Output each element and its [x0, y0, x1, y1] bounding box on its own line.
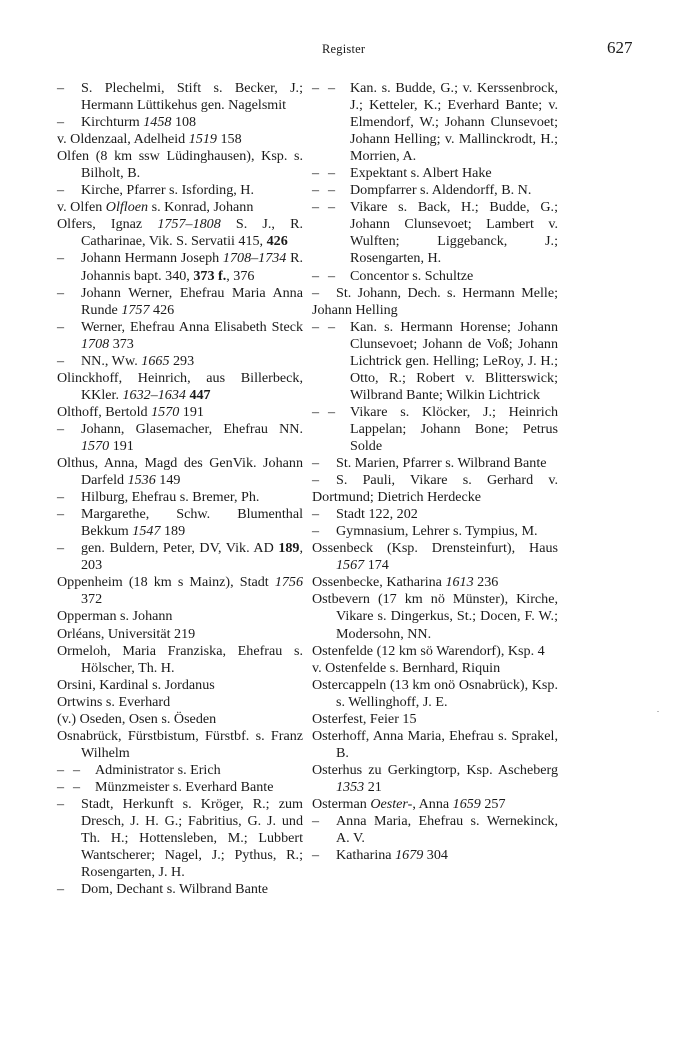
continuation-dash-icon: – [57, 762, 64, 779]
continuation-dash-icon: – [312, 199, 319, 216]
entry-segment: Werner, Ehefrau Anna Elisabeth Steck [81, 319, 303, 335]
entry-text: Dom, Dechant s. Wilbrand Bante [81, 881, 268, 897]
entry-date: 1757 [121, 302, 149, 318]
entry-text: Vikare s. Back, H.; Budde, G.; Johann Cl… [350, 199, 558, 266]
entry-segment: Vikare s. Klöcker, J.; Heinrich Lappelan… [350, 404, 558, 454]
entry-text: Stadt, Herkunft s. Kröger, R.; zum Dresc… [81, 796, 303, 880]
entry-segment: Ossenbecke, Katharina [312, 574, 445, 590]
entry-segment: Osterhus zu Gerkingtorp, Ksp. Ascheberg [312, 762, 558, 778]
continuation-dash-icon: – [328, 165, 335, 182]
index-entry: Osterhoff, Anna Maria, Ehefrau s. Sprake… [312, 728, 558, 762]
entry-main-ref: 373 f. [193, 268, 226, 284]
entry-text: St. Johann, Dech. s. Hermann Melle; Joha… [312, 285, 558, 319]
entry-segment: Osterfest, Feier 15 [312, 711, 417, 727]
index-entry: Opperman s. Johann [57, 608, 303, 625]
index-entry: ––Münzmeister s. Everhard Bante [57, 779, 303, 796]
entry-date: 1613 [445, 574, 473, 590]
continuation-dash-icon: – [57, 285, 64, 302]
continuation-dash-icon: – [312, 268, 319, 285]
index-entry: –gen. Buldern, Peter, DV, Vik. AD 189, 2… [57, 540, 303, 574]
entry-date: 1632–1634 [123, 387, 186, 403]
index-entry: Osterman Oester-, Anna 1659 257 [312, 796, 558, 813]
entry-segment: s. Konrad, Johann [148, 199, 253, 215]
entry-date: 1570 [151, 404, 179, 420]
continuation-dash-icon: – [57, 540, 64, 557]
entry-segment: 191 [109, 438, 134, 454]
entry-segment: Ostenfelde (12 km sö Warendorf), Ksp. 4 [312, 643, 545, 659]
entry-segment: 174 [364, 557, 389, 573]
entry-segment: Stadt 122, 202 [336, 506, 418, 522]
entry-segment: Osterhoff, Anna Maria, Ehefrau s. Sprake… [312, 728, 558, 761]
entry-segment: Ormeloh, Maria Franziska, Ehefrau s. Höl… [57, 643, 303, 676]
entry-date: 1756 [275, 574, 303, 590]
entry-main-ref: 426 [267, 233, 288, 249]
entry-text: Katharina 1679 304 [336, 847, 448, 863]
continuation-dash-icon: – [312, 285, 319, 302]
index-entry: –Werner, Ehefrau Anna Elisabeth Steck 17… [57, 319, 303, 353]
entry-text: Olfen (8 km ssw Lüdinghausen), Ksp. s. B… [57, 148, 303, 181]
entry-segment: 372 [81, 591, 102, 607]
entry-segment: Kan. s. Budde, G.; v. Kerssenbrock, J.; … [350, 80, 558, 164]
entry-segment: 257 [481, 796, 506, 812]
entry-date: Oester- [370, 796, 412, 812]
entry-segment: Ortwins s. Everhard [57, 694, 170, 710]
index-entry: –Johann Hermann Joseph 1708–1734 R. Joha… [57, 250, 303, 284]
index-entry: –NN., Ww. 1665 293 [57, 353, 303, 370]
entry-segment: Münzmeister s. Everhard Bante [95, 779, 273, 795]
index-entry: Olfen (8 km ssw Lüdinghausen), Ksp. s. B… [57, 148, 303, 182]
index-entry: Ormeloh, Maria Franziska, Ehefrau s. Höl… [57, 643, 303, 677]
entry-main-ref: 447 [189, 387, 210, 403]
entry-segment: 426 [150, 302, 175, 318]
entry-text: Johann Hermann Joseph 1708–1734 R. Johan… [81, 250, 303, 283]
entry-segment: Gymnasium, Lehrer s. Tympius, M. [336, 523, 538, 539]
entry-segment: Opperman s. Johann [57, 608, 172, 624]
index-entry: ––Expektant s. Albert Hake [312, 165, 558, 182]
page-header: Register 627 [0, 38, 700, 58]
entry-segment: (v.) Oseden, Osen s. Öseden [57, 711, 216, 727]
entry-date: 1659 [453, 796, 481, 812]
continuation-dash-icon: – [312, 523, 319, 540]
continuation-dash-icon: – [57, 353, 64, 370]
index-entry: ––Dompfarrer s. Aldendorff, B. N. [312, 182, 558, 199]
entry-text: Olthus, Anna, Magd des GenVik. Johann Da… [57, 455, 303, 488]
entry-segment: 373 [109, 336, 134, 352]
index-column-left: –S. Plechelmi, Stift s. Becker, J.; Herm… [57, 80, 303, 898]
entry-segment: Kirche, Pfarrer s. Isfording, H. [81, 182, 254, 198]
entry-text: Gymnasium, Lehrer s. Tympius, M. [336, 523, 538, 539]
continuation-dash-icon: – [328, 268, 335, 285]
continuation-dash-icon: – [57, 779, 64, 796]
index-entry: –Johann, Glasemacher, Ehefrau NN. 1570 1… [57, 421, 303, 455]
index-entry: Osterhus zu Gerkingtorp, Ksp. Ascheberg … [312, 762, 558, 796]
index-entry: –Kirche, Pfarrer s. Isfording, H. [57, 182, 303, 199]
entry-text: Ostercappeln (13 km onö Osnabrück), Ksp.… [312, 677, 558, 710]
entry-text: Osterfest, Feier 15 [312, 711, 417, 727]
continuation-dash-icon: – [312, 182, 319, 199]
continuation-dash-icon: – [312, 80, 319, 97]
entry-date: 1665 [141, 353, 169, 369]
entry-text: Opperman s. Johann [57, 608, 172, 624]
entry-segment: 21 [364, 779, 382, 795]
continuation-dash-icon: – [312, 472, 319, 489]
index-entry: –St. Marien, Pfarrer s. Wilbrand Bante [312, 455, 558, 472]
entry-text: Johann, Glasemacher, Ehefrau NN. 1570 19… [81, 421, 303, 454]
entry-text: Olthoff, Bertold 1570 191 [57, 404, 204, 420]
entry-segment: Johann, Glasemacher, Ehefrau NN. [81, 421, 303, 437]
entry-text: Orsini, Kardinal s. Jordanus [57, 677, 215, 693]
entry-segment: Ossenbeck (Ksp. Drensteinfurt), Haus [312, 540, 558, 556]
continuation-dash-icon: – [57, 114, 64, 131]
entry-segment: 108 [171, 114, 196, 130]
entry-text: Kirchturm 1458 108 [81, 114, 196, 130]
entry-segment: Orsini, Kardinal s. Jordanus [57, 677, 215, 693]
entry-segment: Dompfarrer s. Aldendorff, B. N. [350, 182, 531, 198]
index-entry: –Dom, Dechant s. Wilbrand Bante [57, 881, 303, 898]
entry-segment: Orléans, Universität 219 [57, 626, 195, 642]
entry-text: Olfers, Ignaz 1757–1808 S. J., R. Cathar… [57, 216, 303, 249]
entry-text: v. Oldenzaal, Adelheid 1519 158 [57, 131, 242, 147]
continuation-dash-icon: – [312, 404, 319, 421]
entry-segment: Johann Werner, Ehefrau Maria Anna Runde [81, 285, 303, 318]
index-entry: –S. Plechelmi, Stift s. Becker, J.; Herm… [57, 80, 303, 114]
entry-segment: Administrator s. Erich [95, 762, 221, 778]
index-entry: –Margarethe, Schw. Blumenthal Bekkum 154… [57, 506, 303, 540]
continuation-dash-icon: – [312, 319, 319, 336]
continuation-dash-icon: – [312, 813, 319, 830]
continuation-dash-icon: – [328, 182, 335, 199]
continuation-dash-icon: – [312, 847, 319, 864]
page-number: 627 [607, 38, 633, 58]
entry-text: Werner, Ehefrau Anna Elisabeth Steck 170… [81, 319, 303, 352]
entry-text: Stadt 122, 202 [336, 506, 418, 522]
index-entry: Orsini, Kardinal s. Jordanus [57, 677, 303, 694]
index-entry: Ostbevern (17 km nö Münster), Kirche, Vi… [312, 591, 558, 642]
index-entry: –Anna Maria, Ehefrau s. Wernekinck, A. V… [312, 813, 558, 847]
entry-segment: , Anna [412, 796, 452, 812]
entry-date: 1567 [336, 557, 364, 573]
entry-date: 1547 [132, 523, 160, 539]
entry-text: Administrator s. Erich [95, 762, 221, 778]
entry-text: Anna Maria, Ehefrau s. Wernekinck, A. V. [336, 813, 558, 846]
entry-segment: NN., Ww. [81, 353, 141, 369]
entry-segment: Kan. s. Hermann Horense; Johann Clunsevo… [350, 319, 558, 403]
index-entry: Olthus, Anna, Magd des GenVik. Johann Da… [57, 455, 303, 489]
index-entry: Olthoff, Bertold 1570 191 [57, 404, 303, 421]
entry-text: Osterhoff, Anna Maria, Ehefrau s. Sprake… [312, 728, 558, 761]
continuation-dash-icon: – [328, 319, 335, 336]
entry-date: Olfloen [106, 199, 148, 215]
entry-segment: S. Pauli, Vikare s. Gerhard v. Dortmund;… [312, 472, 558, 505]
index-entry: –Katharina 1679 304 [312, 847, 558, 864]
entry-segment: Concentor s. Schultze [350, 268, 473, 284]
entry-text: Olinckhoff, Heinrich, aus Billerbeck, KK… [57, 370, 303, 403]
entry-text: Kirche, Pfarrer s. Isfording, H. [81, 182, 254, 198]
entry-segment: St. Johann, Dech. s. Hermann Melle; Joha… [312, 285, 558, 318]
entry-segment: , 376 [226, 268, 254, 284]
entry-text: (v.) Oseden, Osen s. Öseden [57, 711, 216, 727]
entry-text: S. Pauli, Vikare s. Gerhard v. Dortmund;… [312, 472, 558, 506]
entry-segment: Olfers, Ignaz [57, 216, 157, 232]
entry-segment: Katharina [336, 847, 395, 863]
index-entry: –Gymnasium, Lehrer s. Tympius, M. [312, 523, 558, 540]
entry-date: 1679 [395, 847, 423, 863]
entry-segment: Stadt, Herkunft s. Kröger, R.; zum Dresc… [81, 796, 303, 880]
entry-segment: v. Olfen [57, 199, 106, 215]
entry-text: Johann Werner, Ehefrau Maria Anna Runde … [81, 285, 303, 318]
continuation-dash-icon: – [73, 779, 80, 796]
continuation-dash-icon: – [57, 881, 64, 898]
index-column-right: ––Kan. s. Budde, G.; v. Kerssenbrock, J.… [312, 80, 558, 864]
continuation-dash-icon: – [328, 199, 335, 216]
index-entry: –Johann Werner, Ehefrau Maria Anna Runde… [57, 285, 303, 319]
entry-date: 1570 [81, 438, 109, 454]
index-entry: ––Kan. s. Budde, G.; v. Kerssenbrock, J.… [312, 80, 558, 165]
continuation-dash-icon: – [57, 250, 64, 267]
entry-segment: v. Oldenzaal, Adelheid [57, 131, 189, 147]
entry-text: v. Olfen Olfloen s. Konrad, Johann [57, 199, 253, 215]
entry-text: Ossenbeck (Ksp. Drensteinfurt), Haus 156… [312, 540, 558, 573]
index-entry: ––Vikare s. Back, H.; Budde, G.; Johann … [312, 199, 558, 267]
entry-text: Osterman Oester-, Anna 1659 257 [312, 796, 506, 812]
entry-segment: 191 [179, 404, 204, 420]
entry-segment: Olfen (8 km ssw Lüdinghausen), Ksp. s. B… [57, 148, 303, 181]
index-entry: v. Olfen Olfloen s. Konrad, Johann [57, 199, 303, 216]
continuation-dash-icon: – [312, 506, 319, 523]
entry-segment: Vikare s. Back, H.; Budde, G.; Johann Cl… [350, 199, 558, 266]
index-entry: Osnabrück, Fürstbistum, Fürstbf. s. Fran… [57, 728, 303, 762]
entry-text: Oppenheim (18 km s Mainz), Stadt 1756 37… [57, 574, 303, 607]
index-entry: v. Oldenzaal, Adelheid 1519 158 [57, 131, 303, 148]
entry-segment: Expektant s. Albert Hake [350, 165, 492, 181]
continuation-dash-icon: – [312, 165, 319, 182]
entry-text: gen. Buldern, Peter, DV, Vik. AD 189, 20… [81, 540, 303, 573]
entry-segment: Ostercappeln (13 km onö Osnabrück), Ksp.… [312, 677, 558, 710]
entry-date: 1708–1734 [223, 250, 286, 266]
entry-text: Ostbevern (17 km nö Münster), Kirche, Vi… [312, 591, 558, 641]
entry-segment: Dom, Dechant s. Wilbrand Bante [81, 881, 268, 897]
index-entry: v. Ostenfelde s. Bernhard, Riquin [312, 660, 558, 677]
entry-segment: 304 [423, 847, 448, 863]
index-entry: Oppenheim (18 km s Mainz), Stadt 1756 37… [57, 574, 303, 608]
index-entry: –St. Johann, Dech. s. Hermann Melle; Joh… [312, 285, 558, 319]
index-entry: Ortwins s. Everhard [57, 694, 303, 711]
entry-text: Ossenbecke, Katharina 1613 236 [312, 574, 498, 590]
index-entry: –Stadt 122, 202 [312, 506, 558, 523]
entry-segment: 149 [156, 472, 181, 488]
entry-segment: v. Ostenfelde s. Bernhard, Riquin [312, 660, 500, 676]
entry-segment: 293 [169, 353, 194, 369]
entry-segment: Kirchturm [81, 114, 143, 130]
entry-text: Osnabrück, Fürstbistum, Fürstbf. s. Fran… [57, 728, 303, 761]
continuation-dash-icon: – [57, 80, 64, 97]
entry-text: S. Plechelmi, Stift s. Becker, J.; Herma… [81, 80, 303, 113]
entry-date: 1458 [143, 114, 171, 130]
continuation-dash-icon: – [57, 319, 64, 336]
continuation-dash-icon: – [328, 404, 335, 421]
index-entry: Ostercappeln (13 km onö Osnabrück), Ksp.… [312, 677, 558, 711]
index-entry: Olfers, Ignaz 1757–1808 S. J., R. Cathar… [57, 216, 303, 250]
entry-segment: 158 [217, 131, 242, 147]
index-entry: Orléans, Universität 219 [57, 626, 303, 643]
entry-segment: S. Plechelmi, Stift s. Becker, J.; Herma… [81, 80, 303, 113]
entry-segment: Johann Hermann Joseph [81, 250, 223, 266]
entry-text: v. Ostenfelde s. Bernhard, Riquin [312, 660, 500, 676]
entry-text: Expektant s. Albert Hake [350, 165, 492, 181]
index-entry: ––Administrator s. Erich [57, 762, 303, 779]
index-entry: Ostenfelde (12 km sö Warendorf), Ksp. 4 [312, 643, 558, 660]
entry-segment: Olthoff, Bertold [57, 404, 151, 420]
entry-text: Vikare s. Klöcker, J.; Heinrich Lappelan… [350, 404, 558, 454]
index-entry: ––Vikare s. Klöcker, J.; Heinrich Lappel… [312, 404, 558, 455]
entry-text: Concentor s. Schultze [350, 268, 473, 284]
entry-main-ref: 189 [278, 540, 299, 556]
entry-segment: Oppenheim (18 km s Mainz), Stadt [57, 574, 275, 590]
entry-date: 1536 [128, 472, 156, 488]
continuation-dash-icon: – [57, 489, 64, 506]
entry-segment: 236 [474, 574, 499, 590]
entry-text: Kan. s. Budde, G.; v. Kerssenbrock, J.; … [350, 80, 558, 164]
entry-segment: 189 [160, 523, 185, 539]
entry-date: 1708 [81, 336, 109, 352]
index-entry: Osterfest, Feier 15 [312, 711, 558, 728]
entry-segment: gen. Buldern, Peter, DV, Vik. AD [81, 540, 278, 556]
entry-text: Ostenfelde (12 km sö Warendorf), Ksp. 4 [312, 643, 545, 659]
entry-date: 1757–1808 [157, 216, 220, 232]
continuation-dash-icon: – [57, 182, 64, 199]
entry-text: Dompfarrer s. Aldendorff, B. N. [350, 182, 531, 198]
continuation-dash-icon: – [57, 506, 64, 523]
continuation-dash-icon: – [57, 796, 64, 813]
entry-segment: Osterman [312, 796, 370, 812]
index-entry: –Kirchturm 1458 108 [57, 114, 303, 131]
index-entry: ––Concentor s. Schultze [312, 268, 558, 285]
continuation-dash-icon: – [328, 80, 335, 97]
entry-segment: Margarethe, Schw. Blumenthal Bekkum [81, 506, 303, 539]
running-title: Register [322, 42, 365, 57]
entry-text: Osterhus zu Gerkingtorp, Ksp. Ascheberg … [312, 762, 558, 795]
continuation-dash-icon: – [57, 421, 64, 438]
index-entry: Ossenbecke, Katharina 1613 236 [312, 574, 558, 591]
entry-text: Kan. s. Hermann Horense; Johann Clunsevo… [350, 319, 558, 403]
entry-text: Orléans, Universität 219 [57, 626, 195, 642]
index-entry: (v.) Oseden, Osen s. Öseden [57, 711, 303, 728]
entry-text: Ortwins s. Everhard [57, 694, 170, 710]
entry-date: 1519 [189, 131, 217, 147]
entry-text: NN., Ww. 1665 293 [81, 353, 194, 369]
entry-text: Hilburg, Ehefrau s. Bremer, Ph. [81, 489, 259, 505]
entry-date: 1353 [336, 779, 364, 795]
entry-segment: Anna Maria, Ehefrau s. Wernekinck, A. V. [336, 813, 558, 846]
index-entry: ––Kan. s. Hermann Horense; Johann Clunse… [312, 319, 558, 404]
entry-text: Margarethe, Schw. Blumenthal Bekkum 1547… [81, 506, 303, 539]
index-entry: –S. Pauli, Vikare s. Gerhard v. Dortmund… [312, 472, 558, 506]
continuation-dash-icon: – [312, 455, 319, 472]
entry-text: Münzmeister s. Everhard Bante [95, 779, 273, 795]
index-entry: Ossenbeck (Ksp. Drensteinfurt), Haus 156… [312, 540, 558, 574]
entry-segment: St. Marien, Pfarrer s. Wilbrand Bante [336, 455, 547, 471]
continuation-dash-icon: – [73, 762, 80, 779]
index-entry: Olinckhoff, Heinrich, aus Billerbeck, KK… [57, 370, 303, 404]
entry-segment: Hilburg, Ehefrau s. Bremer, Ph. [81, 489, 259, 505]
entry-segment: Osnabrück, Fürstbistum, Fürstbf. s. Fran… [57, 728, 303, 761]
index-entry: –Hilburg, Ehefrau s. Bremer, Ph. [57, 489, 303, 506]
entry-text: St. Marien, Pfarrer s. Wilbrand Bante [312, 455, 558, 472]
entry-text: Ormeloh, Maria Franziska, Ehefrau s. Höl… [57, 643, 303, 676]
entry-segment: Ostbevern (17 km nö Münster), Kirche, Vi… [312, 591, 558, 641]
index-entry: –Stadt, Herkunft s. Kröger, R.; zum Dres… [57, 796, 303, 881]
scan-speck [657, 711, 659, 712]
